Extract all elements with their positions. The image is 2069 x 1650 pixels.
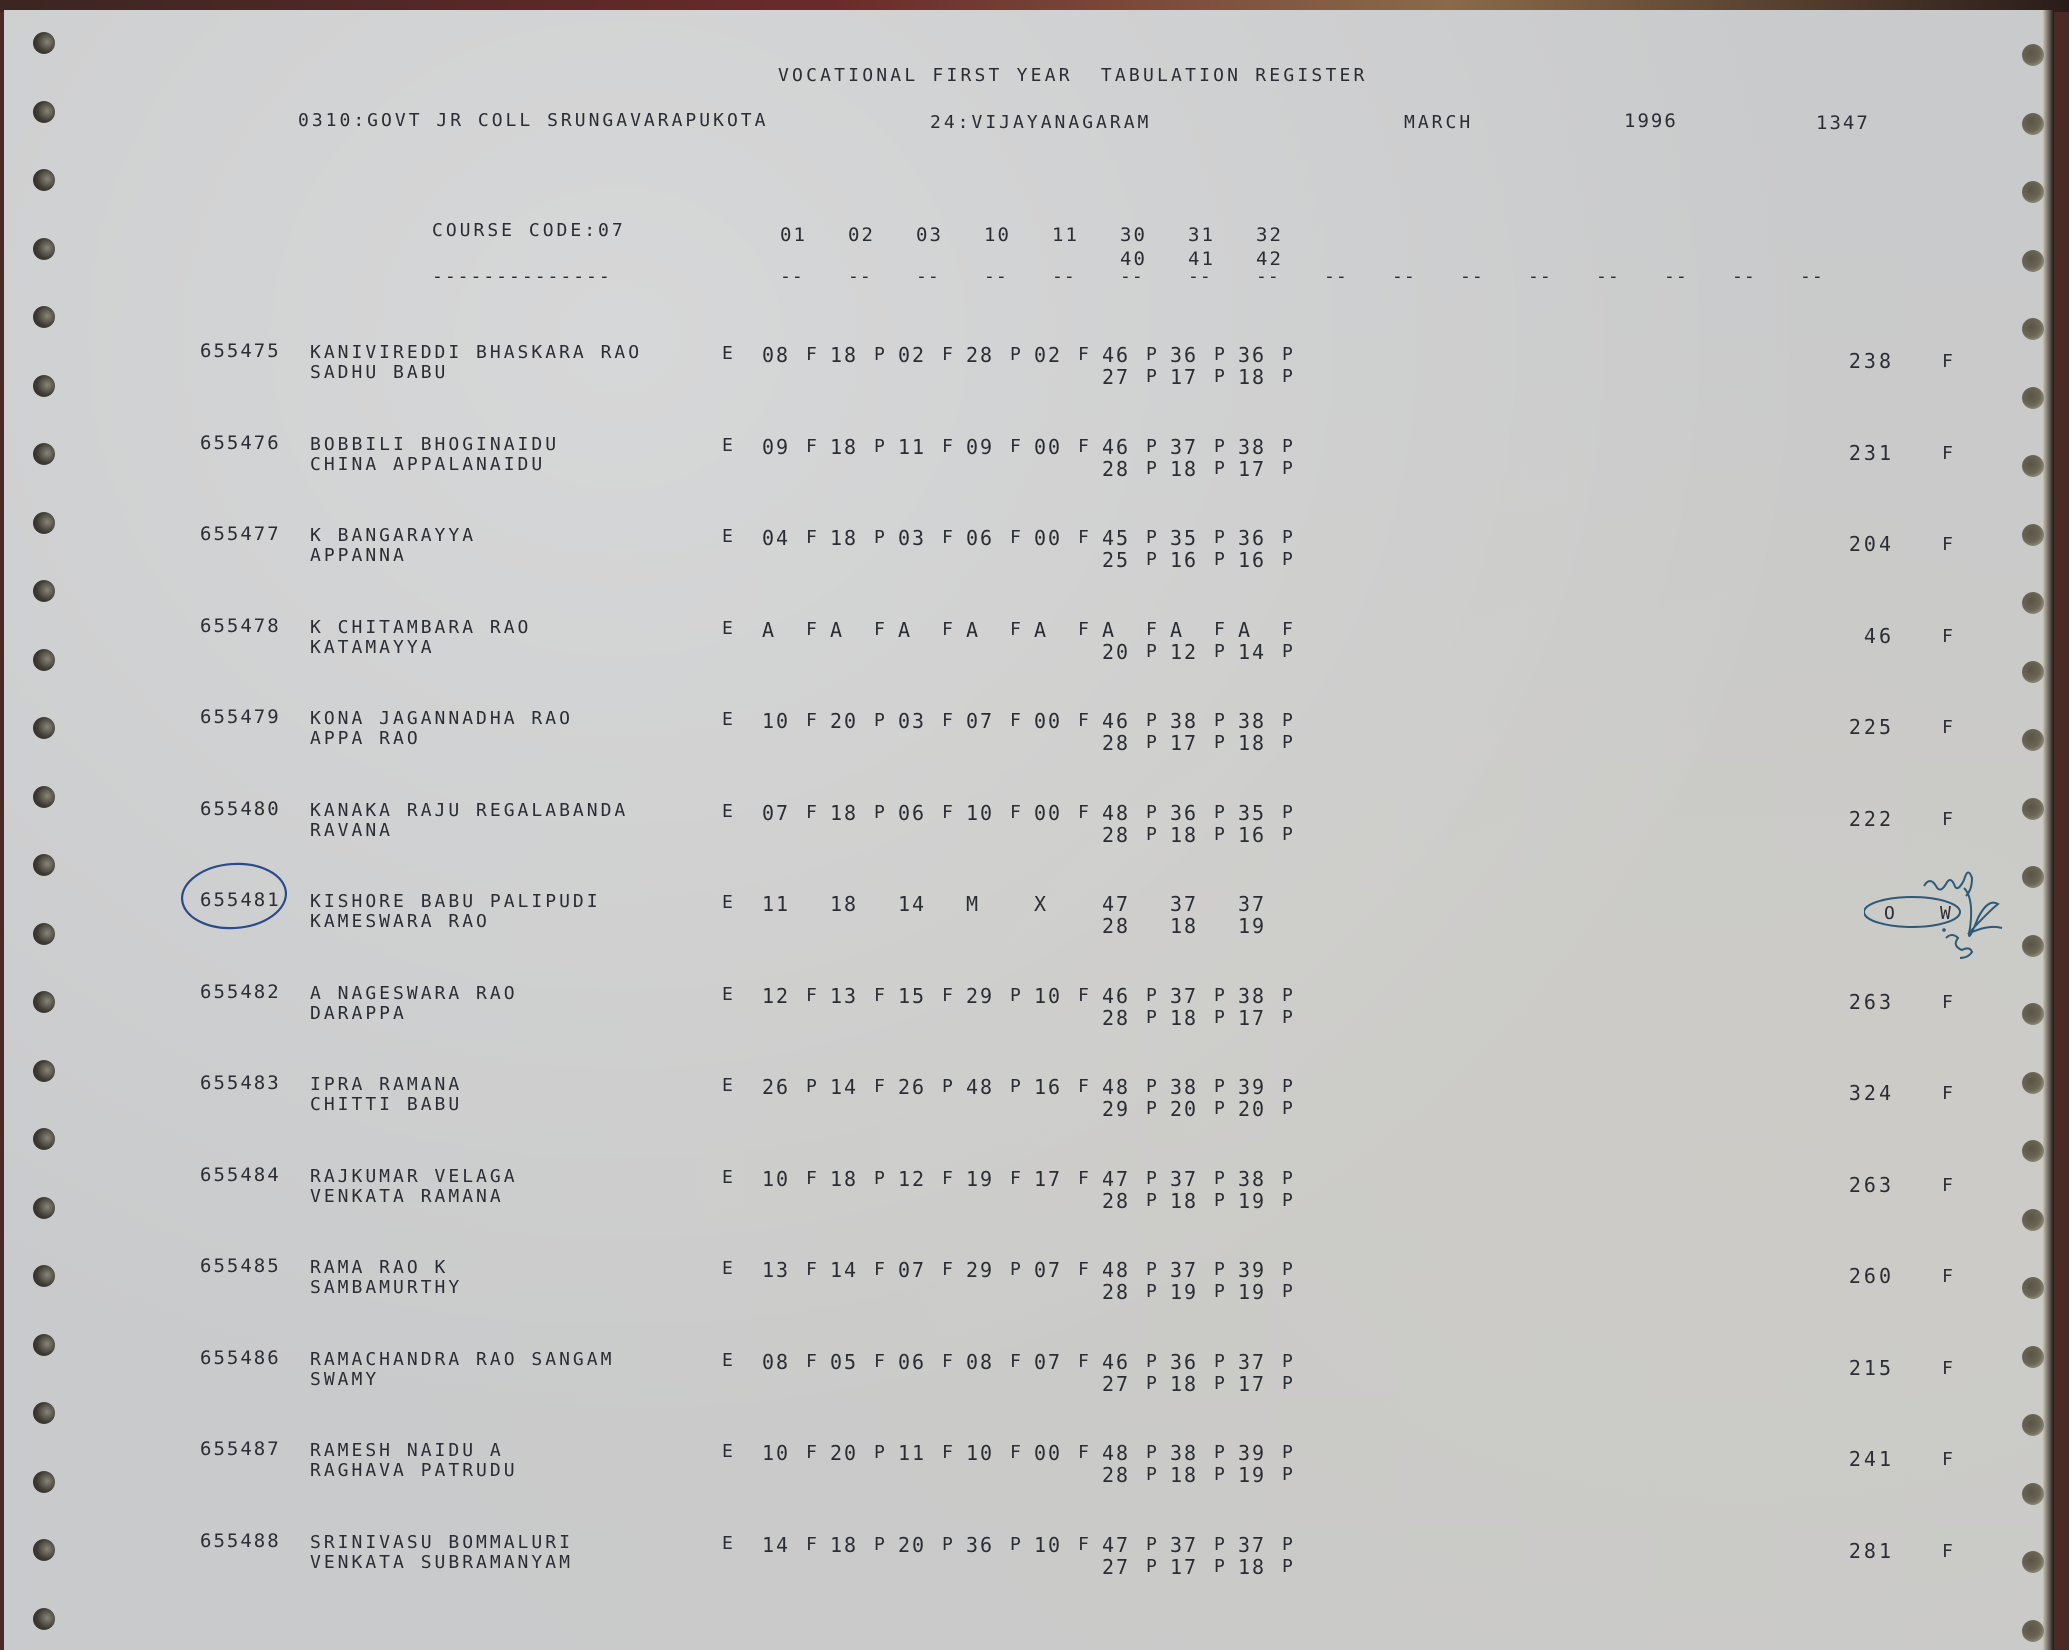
subject-mark: 06 <box>966 526 994 550</box>
practical-mark: 28 <box>1102 1463 1130 1487</box>
subject-status: P <box>1214 802 1227 823</box>
subject-mark: 00 <box>1034 1441 1062 1465</box>
practical-mark: 19 <box>1238 1280 1266 1304</box>
sprocket-hole-icon <box>33 375 55 397</box>
subject-status: P <box>806 1076 819 1097</box>
total-marks: 215 <box>1824 1356 1894 1380</box>
total-marks: 263 <box>1824 1173 1894 1197</box>
hall-ticket-number: 655486 <box>200 1347 281 1369</box>
subject-mark: 18 <box>830 801 858 825</box>
sprocket-hole-icon <box>33 512 55 534</box>
subject-status: F <box>1282 619 1295 640</box>
subject-status: P <box>1146 344 1159 365</box>
sprocket-hole-icon <box>2022 1551 2044 1573</box>
subject-status: F <box>806 1534 819 1555</box>
subject-status: P <box>1010 344 1023 365</box>
subject-status: F <box>1078 1168 1091 1189</box>
subject-status: P <box>1282 985 1295 1006</box>
course-code-underline: -------------- <box>432 266 612 288</box>
subject-mark: 35 <box>1170 526 1198 550</box>
paper-edge <box>2042 10 2054 1650</box>
practical-mark: 18 <box>1238 365 1266 389</box>
practical-status: P <box>1282 824 1295 845</box>
subject-status: P <box>1146 802 1159 823</box>
subject-mark: 17 <box>1034 1167 1062 1191</box>
sprocket-hole-icon <box>2022 524 2044 546</box>
student-name: KANAKA RAJU REGALABANDA <box>310 800 628 822</box>
subject-mark: 45 <box>1102 526 1130 550</box>
subject-mark: 19 <box>966 1167 994 1191</box>
medium-code: E <box>722 526 736 548</box>
student-name: RAJKUMAR VELAGA <box>310 1166 518 1188</box>
column-dash: -- <box>1596 266 1620 288</box>
subject-mark: X <box>1034 892 1048 916</box>
sprocket-hole-icon <box>33 786 55 808</box>
subject-status: F <box>1010 1351 1023 1372</box>
subject-mark: 26 <box>898 1075 926 1099</box>
subject-status: F <box>874 985 887 1006</box>
tabulation-register-sheet: VOCATIONAL FIRST YEAR TABULATION REGISTE… <box>4 10 2054 1650</box>
subject-mark: 37 <box>1238 1350 1266 1374</box>
subject-status: P <box>1282 436 1295 457</box>
subject-mark: 15 <box>898 984 926 1008</box>
subject-status: P <box>874 1168 887 1189</box>
subject-mark: 10 <box>1034 984 1062 1008</box>
subject-status: F <box>942 1168 955 1189</box>
hall-ticket-number: 655480 <box>200 798 281 820</box>
practical-status: P <box>1282 549 1295 570</box>
subject-mark: 10 <box>966 1441 994 1465</box>
practical-mark: 28 <box>1102 1189 1130 1213</box>
subject-mark: 02 <box>898 343 926 367</box>
practical-status: P <box>1146 641 1159 662</box>
subject-status: P <box>1146 985 1159 1006</box>
subject-mark: 20 <box>898 1533 926 1557</box>
medium-code: E <box>722 1533 736 1555</box>
sprocket-hole-icon <box>33 580 55 602</box>
column-dash: -- <box>1528 266 1552 288</box>
district-name: 24:VIJAYANAGARAM <box>930 112 1151 134</box>
practical-mark: 20 <box>1238 1097 1266 1121</box>
sprocket-hole-icon <box>33 649 55 671</box>
column-dash: -- <box>1460 266 1484 288</box>
sprocket-hole-icon <box>2022 798 2044 820</box>
subject-mark: A <box>966 618 980 642</box>
subject-mark: 03 <box>898 526 926 550</box>
practical-mark: 12 <box>1170 640 1198 664</box>
subject-status: P <box>1214 1351 1227 1372</box>
subject-status: F <box>806 1442 819 1463</box>
subject-code: 03 <box>916 224 943 246</box>
subject-status: P <box>1282 802 1295 823</box>
subject-status: P <box>1214 1442 1227 1463</box>
medium-code: E <box>722 343 736 365</box>
practical-mark: 18 <box>1170 823 1198 847</box>
total-marks: 46 <box>1824 624 1894 648</box>
total-marks: 222 <box>1824 807 1894 831</box>
subject-mark: M <box>966 892 980 916</box>
sprocket-hole-icon <box>2022 1072 2044 1094</box>
hall-ticket-number: 655488 <box>200 1530 281 1552</box>
subject-mark: A <box>830 618 844 642</box>
subject-status: P <box>1282 1259 1295 1280</box>
sprocket-hole-icon <box>2022 113 2044 135</box>
result-status: F <box>1942 1358 1953 1379</box>
practical-mark: 17 <box>1238 457 1266 481</box>
practical-status: P <box>1146 366 1159 387</box>
subject-mark: 13 <box>830 984 858 1008</box>
parent-name: APPANNA <box>310 545 407 567</box>
subject-mark: 37 <box>1170 1167 1198 1191</box>
subject-status: F <box>806 344 819 365</box>
subject-status: F <box>1078 527 1091 548</box>
sprocket-hole-icon <box>2022 729 2044 751</box>
practical-status: P <box>1146 1190 1159 1211</box>
parent-name: KAMESWARA RAO <box>310 911 490 933</box>
subject-status: F <box>942 619 955 640</box>
subject-status: F <box>942 802 955 823</box>
subject-mark: 46 <box>1102 709 1130 733</box>
subject-mark: 00 <box>1034 801 1062 825</box>
medium-code: E <box>722 1167 736 1189</box>
subject-status: P <box>1282 1442 1295 1463</box>
subject-mark: 48 <box>1102 1075 1130 1099</box>
practical-mark: 16 <box>1170 548 1198 572</box>
column-dash: -- <box>1256 266 1280 288</box>
subject-status: P <box>874 436 887 457</box>
hall-ticket-number: 655478 <box>200 615 281 637</box>
practical-status: P <box>1214 732 1227 753</box>
subject-mark: 00 <box>1034 435 1062 459</box>
practical-status: P <box>1214 1190 1227 1211</box>
subject-mark: 10 <box>762 1167 790 1191</box>
sprocket-hole-icon <box>33 1608 55 1630</box>
practical-mark: 18 <box>1170 1463 1198 1487</box>
subject-status: F <box>1078 1351 1091 1372</box>
practical-mark: 29 <box>1102 1097 1130 1121</box>
subject-mark: 38 <box>1170 1441 1198 1465</box>
practical-status: P <box>1282 1190 1295 1211</box>
subject-status: F <box>942 344 955 365</box>
parent-name: VENKATA SUBRAMANYAM <box>310 1552 573 1574</box>
subject-mark: 48 <box>1102 1258 1130 1282</box>
hall-ticket-number: 655487 <box>200 1438 281 1460</box>
subject-status: F <box>942 1442 955 1463</box>
sprocket-hole-icon <box>2022 44 2044 66</box>
subject-mark: A <box>1170 618 1184 642</box>
subject-mark: 37 <box>1238 892 1266 916</box>
subject-status: F <box>1078 619 1091 640</box>
subject-status: F <box>806 1259 819 1280</box>
result-status: F <box>1942 1449 1953 1470</box>
subject-status: P <box>1214 436 1227 457</box>
subject-status: P <box>1214 1259 1227 1280</box>
subject-status: F <box>806 1351 819 1372</box>
subject-mark: 37 <box>1170 435 1198 459</box>
subject-mark: 18 <box>830 435 858 459</box>
practical-mark: 17 <box>1238 1372 1266 1396</box>
subject-mark: 18 <box>830 526 858 550</box>
subject-status: F <box>1078 436 1091 457</box>
subject-mark: 08 <box>762 343 790 367</box>
college-name: 0310:GOVT JR COLL SRUNGAVARAPUKOTA <box>298 110 768 132</box>
subject-status: P <box>1282 1351 1295 1372</box>
subject-status: P <box>1214 1168 1227 1189</box>
subject-mark: 07 <box>762 801 790 825</box>
subject-mark: 14 <box>830 1075 858 1099</box>
subject-code: 31 <box>1188 224 1215 246</box>
practical-status: P <box>1146 1464 1159 1485</box>
practical-status: P <box>1146 1098 1159 1119</box>
medium-code: E <box>722 892 736 914</box>
subject-status: P <box>1146 1259 1159 1280</box>
subject-mark: 07 <box>1034 1258 1062 1282</box>
subject-mark: 03 <box>898 709 926 733</box>
subject-status: P <box>1146 1534 1159 1555</box>
subject-code: 10 <box>984 224 1011 246</box>
sprocket-hole-icon <box>33 1539 55 1561</box>
sprocket-hole-icon <box>33 717 55 739</box>
subject-status: P <box>874 710 887 731</box>
subject-mark: 36 <box>1170 343 1198 367</box>
column-dash: -- <box>1120 266 1144 288</box>
subject-mark: 36 <box>966 1533 994 1557</box>
sprocket-hole-icon <box>2022 1620 2044 1642</box>
practical-mark: 20 <box>1102 640 1130 664</box>
student-name: KISHORE BABU PALIPUDI <box>310 891 601 913</box>
subject-status: F <box>942 985 955 1006</box>
subject-status: F <box>1010 527 1023 548</box>
practical-mark: 14 <box>1238 640 1266 664</box>
subject-mark: 10 <box>762 709 790 733</box>
subject-mark: 16 <box>1034 1075 1062 1099</box>
hall-ticket-number: 655475 <box>200 340 281 362</box>
subject-mark: 36 <box>1170 1350 1198 1374</box>
subject-mark: 36 <box>1170 801 1198 825</box>
subject-mark: A <box>1238 618 1252 642</box>
student-name: RAMACHANDRA RAO SANGAM <box>310 1349 614 1371</box>
subject-code: 30 <box>1120 224 1147 246</box>
subject-mark: 37 <box>1170 1533 1198 1557</box>
subject-status: F <box>806 985 819 1006</box>
column-dash: -- <box>1324 266 1348 288</box>
column-dash: -- <box>780 266 804 288</box>
student-name: RAMESH NAIDU A <box>310 1440 504 1462</box>
total-marks: 238 <box>1824 349 1894 373</box>
subject-mark: 29 <box>966 1258 994 1282</box>
subject-mark: 39 <box>1238 1441 1266 1465</box>
practical-status: P <box>1282 641 1295 662</box>
exam-month: MARCH <box>1404 112 1473 134</box>
subject-status: F <box>1078 985 1091 1006</box>
practical-status: P <box>1282 732 1295 753</box>
parent-name: CHITTI BABU <box>310 1094 462 1116</box>
subject-status: P <box>1146 1168 1159 1189</box>
sprocket-hole-icon <box>2022 318 2044 340</box>
total-marks: 324 <box>1824 1081 1894 1105</box>
practical-mark: 18 <box>1170 914 1198 938</box>
hall-ticket-number: 655477 <box>200 523 281 545</box>
practical-mark: 28 <box>1102 1006 1130 1030</box>
subject-status: F <box>806 527 819 548</box>
subject-status: P <box>1282 710 1295 731</box>
practical-status: P <box>1214 641 1227 662</box>
practical-status: P <box>1214 1373 1227 1394</box>
subject-status: F <box>1078 710 1091 731</box>
practical-mark: 27 <box>1102 1555 1130 1579</box>
subject-code: 32 <box>1256 224 1283 246</box>
subject-status: P <box>1282 1168 1295 1189</box>
sprocket-hole-icon <box>33 101 55 123</box>
subject-mark: 18 <box>830 343 858 367</box>
practical-mark: 18 <box>1238 1555 1266 1579</box>
subject-status: F <box>1010 1442 1023 1463</box>
signature-annotation <box>1864 848 2034 968</box>
subject-status: P <box>1146 1076 1159 1097</box>
page-number: 1347 <box>1816 112 1870 134</box>
practical-status: P <box>1282 458 1295 479</box>
sprocket-hole-icon <box>33 238 55 260</box>
subject-mark: 37 <box>1238 1533 1266 1557</box>
practical-mark: 17 <box>1170 1555 1198 1579</box>
total-marks: 263 <box>1824 990 1894 1014</box>
subject-status: P <box>1214 985 1227 1006</box>
practical-mark: 18 <box>1238 731 1266 755</box>
subject-status: P <box>874 527 887 548</box>
subject-mark: 48 <box>1102 1441 1130 1465</box>
subject-mark: 14 <box>898 892 926 916</box>
subject-status: P <box>1146 436 1159 457</box>
subject-code: 01 <box>780 224 807 246</box>
subject-mark: 06 <box>898 1350 926 1374</box>
practical-mark: 27 <box>1102 365 1130 389</box>
column-dash: -- <box>1732 266 1756 288</box>
practical-status: P <box>1214 458 1227 479</box>
practical-status: P <box>1146 1007 1159 1028</box>
practical-mark: 18 <box>1170 1006 1198 1030</box>
sprocket-hole-icon <box>2022 181 2044 203</box>
exam-year: 1996 <box>1624 110 1678 132</box>
hall-ticket-number: 655476 <box>200 432 281 454</box>
practical-status: P <box>1214 1281 1227 1302</box>
practical-status: P <box>1146 1281 1159 1302</box>
practical-status: P <box>1282 1464 1295 1485</box>
subject-status: P <box>1282 344 1295 365</box>
subject-code: 02 <box>848 224 875 246</box>
subject-mark: 37 <box>1170 984 1198 1008</box>
practical-mark: 28 <box>1102 1280 1130 1304</box>
practical-status: P <box>1214 549 1227 570</box>
practical-mark: 27 <box>1102 1372 1130 1396</box>
practical-mark: 17 <box>1170 365 1198 389</box>
subject-status: F <box>1078 802 1091 823</box>
subject-mark: 14 <box>830 1258 858 1282</box>
subject-mark: A <box>762 618 776 642</box>
parent-name: SADHU BABU <box>310 362 448 384</box>
column-dash: -- <box>1392 266 1416 288</box>
student-name: RAMA RAO K <box>310 1257 448 1279</box>
student-name: IPRA RAMANA <box>310 1074 462 1096</box>
subject-status: F <box>942 436 955 457</box>
sprocket-hole-icon <box>33 306 55 328</box>
subject-mark: 48 <box>1102 801 1130 825</box>
subject-mark: 20 <box>830 1441 858 1465</box>
subject-status: F <box>1146 619 1159 640</box>
subject-status: F <box>1010 436 1023 457</box>
subject-status: P <box>1146 710 1159 731</box>
medium-code: E <box>722 801 736 823</box>
subject-mark: A <box>898 618 912 642</box>
medium-code: E <box>722 1441 736 1463</box>
subject-mark: 10 <box>762 1441 790 1465</box>
subject-mark: 12 <box>762 984 790 1008</box>
subject-status: F <box>874 619 887 640</box>
subject-status: F <box>874 1076 887 1097</box>
parent-name: KATAMAYYA <box>310 637 435 659</box>
subject-mark: 46 <box>1102 343 1130 367</box>
subject-status: P <box>1282 1076 1295 1097</box>
subject-mark: 29 <box>966 984 994 1008</box>
sprocket-hole-icon <box>2022 1140 2044 1162</box>
practical-mark: 17 <box>1170 731 1198 755</box>
subject-status: P <box>1146 527 1159 548</box>
subject-mark: 07 <box>898 1258 926 1282</box>
practical-status: P <box>1214 1556 1227 1577</box>
subject-status: F <box>1078 1259 1091 1280</box>
subject-mark: 18 <box>830 1167 858 1191</box>
result-status: F <box>1942 1541 1953 1562</box>
document-title: VOCATIONAL FIRST YEAR TABULATION REGISTE… <box>778 65 1368 87</box>
subject-status: F <box>874 1259 887 1280</box>
subject-mark: 11 <box>898 1441 926 1465</box>
column-dash: -- <box>984 266 1008 288</box>
result-status: F <box>1942 351 1953 372</box>
subject-status: F <box>1078 1442 1091 1463</box>
student-name: KANIVIREDDI BHASKARA RAO <box>310 342 642 364</box>
subject-status: F <box>806 710 819 731</box>
result-status: F <box>1942 1175 1953 1196</box>
sprocket-hole-icon <box>33 923 55 945</box>
sprocket-hole-icon <box>2022 250 2044 272</box>
subject-mark: 38 <box>1238 435 1266 459</box>
medium-code: E <box>722 618 736 640</box>
column-dash: -- <box>1052 266 1076 288</box>
subject-mark: 47 <box>1102 1533 1130 1557</box>
practical-mark: 28 <box>1102 823 1130 847</box>
subject-status: F <box>1010 619 1023 640</box>
subject-status: F <box>942 527 955 548</box>
subject-status: P <box>1282 1534 1295 1555</box>
sprocket-hole-icon <box>2022 1414 2044 1436</box>
student-name: SRINIVASU BOMMALURI <box>310 1532 573 1554</box>
parent-name: VENKATA RAMANA <box>310 1186 504 1208</box>
practical-status: P <box>1146 732 1159 753</box>
subject-status: F <box>806 619 819 640</box>
practical-status: P <box>1214 366 1227 387</box>
practical-status: P <box>1214 1098 1227 1119</box>
practical-mark: 19 <box>1238 914 1266 938</box>
hall-ticket-number: 655483 <box>200 1072 281 1094</box>
subject-mark: 11 <box>898 435 926 459</box>
medium-code: E <box>722 1075 736 1097</box>
student-name: K CHITAMBARA RAO <box>310 617 531 639</box>
parent-name: CHINA APPALANAIDU <box>310 454 545 476</box>
sprocket-hole-icon <box>33 991 55 1013</box>
sprocket-hole-icon <box>33 1060 55 1082</box>
subject-status: P <box>1214 344 1227 365</box>
result-status: F <box>1942 992 1953 1013</box>
subject-mark: 38 <box>1170 1075 1198 1099</box>
